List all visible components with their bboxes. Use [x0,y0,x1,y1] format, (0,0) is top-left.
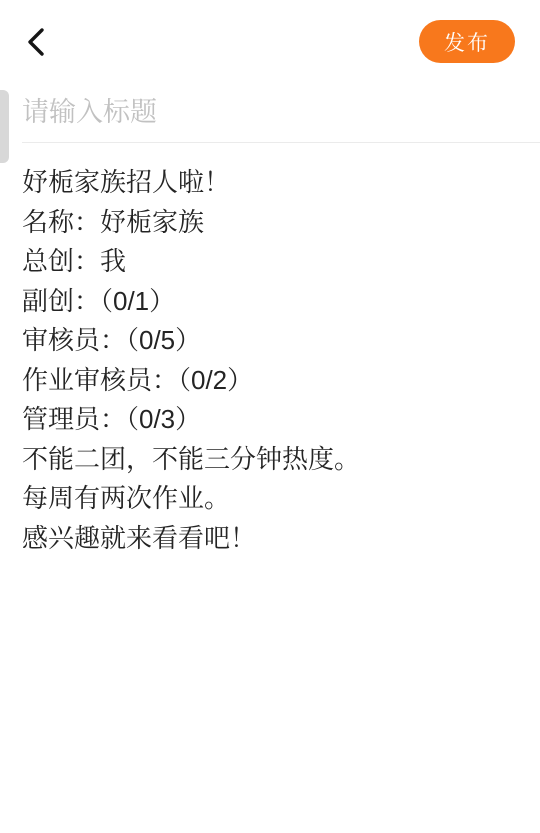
body-line: 不能二团，不能三分钟热度。 [22,440,518,480]
publish-button[interactable]: 发布 [419,20,515,63]
body-line: 感兴趣就来看看吧！ [22,519,518,559]
body-line: 名称：妤栀家族 [22,203,518,243]
title-divider [22,142,540,143]
body-line: 总创：我 [22,242,518,282]
header: 发布 [0,0,540,83]
left-edge-indicator [0,90,9,163]
body-line: 每周有两次作业。 [22,479,518,519]
body-line: 审核员：（0/5） [22,321,518,361]
post-body-editor[interactable]: 妤栀家族招人啦！ 名称：妤栀家族 总创：我 副创：（0/1） 审核员：（0/5）… [22,163,518,558]
body-line: 妤栀家族招人啦！ [22,163,518,203]
body-line: 管理员：（0/3） [22,400,518,440]
body-line: 作业审核员：（0/2） [22,361,518,401]
body-line: 副创：（0/1） [22,282,518,322]
post-editor-page: 发布 妤栀家族招人啦！ 名称：妤栀家族 总创：我 副创：（0/1） 审核员：（0… [0,0,540,833]
chevron-left-icon [25,27,47,57]
title-input[interactable] [22,92,518,132]
back-button[interactable] [14,20,58,64]
